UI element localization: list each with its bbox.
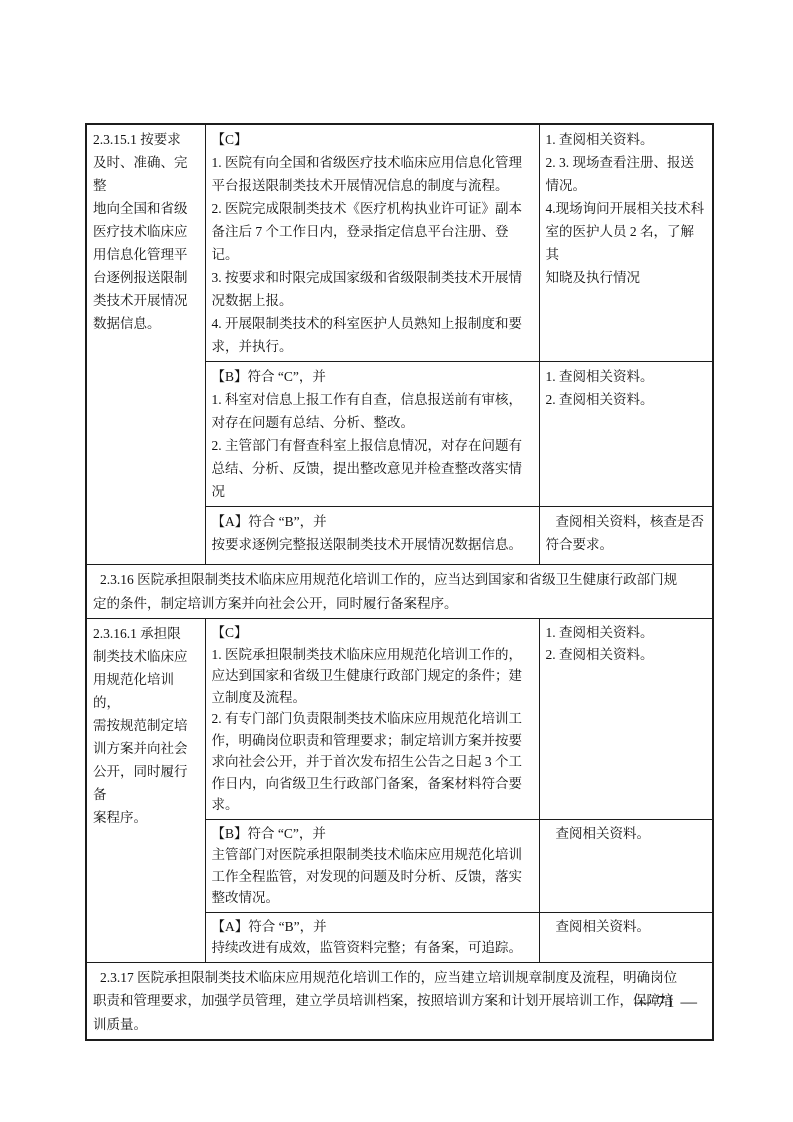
section-heading-2-3-16: 2.3.16 医院承担限制类技术临床应用规范化培训工作的，应当达到国家和省级卫生…	[86, 565, 713, 619]
item-cell-2-3-15-1: 2.3.15.1 按要求 及时、准确、完整 地向全国和省级 医疗技术临床应 用信…	[86, 124, 205, 565]
method-cell-a-2-3-16-1: 查阅相关资料。	[539, 912, 713, 962]
criteria-cell-c-2-3-16-1: 【C】 1. 医院承担限制类技术临床应用规范化培训工作的， 应达到国家和省级卫生…	[205, 619, 539, 820]
method-cell-a-2-3-15-1: 查阅相关资料，核查是否 符合要求。	[539, 507, 713, 565]
criteria-cell-b-2-3-16-1: 【B】符合 “C”，并 主管部门对医院承担限制类技术临床应用规范化培训 工作全程…	[205, 819, 539, 912]
criteria-cell-b-2-3-15-1: 【B】符合 “C”，并 1. 科室对信息上报工作有自查，信息报送前有审核， 对存…	[205, 362, 539, 507]
criteria-cell-c-2-3-15-1: 【C】 1. 医院有向全国和省级医疗技术临床应用信息化管理 平台报送限制类技术开…	[205, 124, 539, 362]
method-cell-b-2-3-15-1: 1. 查阅相关资料。 2. 查阅相关资料。	[539, 362, 713, 507]
evaluation-standards-table: 2.3.15.1 按要求 及时、准确、完整 地向全国和省级 医疗技术临床应 用信…	[85, 123, 714, 1041]
page-number: — 71 —	[85, 992, 712, 1012]
criteria-cell-a-2-3-15-1: 【A】符合 “B”，并 按要求逐例完整报送限制类技术开展情况数据信息。	[205, 507, 539, 565]
document-page: 2.3.15.1 按要求 及时、准确、完整 地向全国和省级 医疗技术临床应 用信…	[0, 0, 793, 1122]
method-cell-c-2-3-15-1: 1. 查阅相关资料。 2. 3. 现场查看注册、报送 情况。 4.现场询问开展相…	[539, 124, 713, 362]
method-cell-b-2-3-16-1: 查阅相关资料。	[539, 819, 713, 912]
method-cell-c-2-3-16-1: 1. 查阅相关资料。 2. 查阅相关资料。	[539, 619, 713, 820]
item-cell-2-3-16-1: 2.3.16.1 承担限 制类技术临床应 用规范化培训的， 需按规范制定培 训方…	[86, 619, 205, 963]
criteria-cell-a-2-3-16-1: 【A】符合 “B”，并 持续改进有成效，监管资料完整；有备案，可追踪。	[205, 912, 539, 962]
